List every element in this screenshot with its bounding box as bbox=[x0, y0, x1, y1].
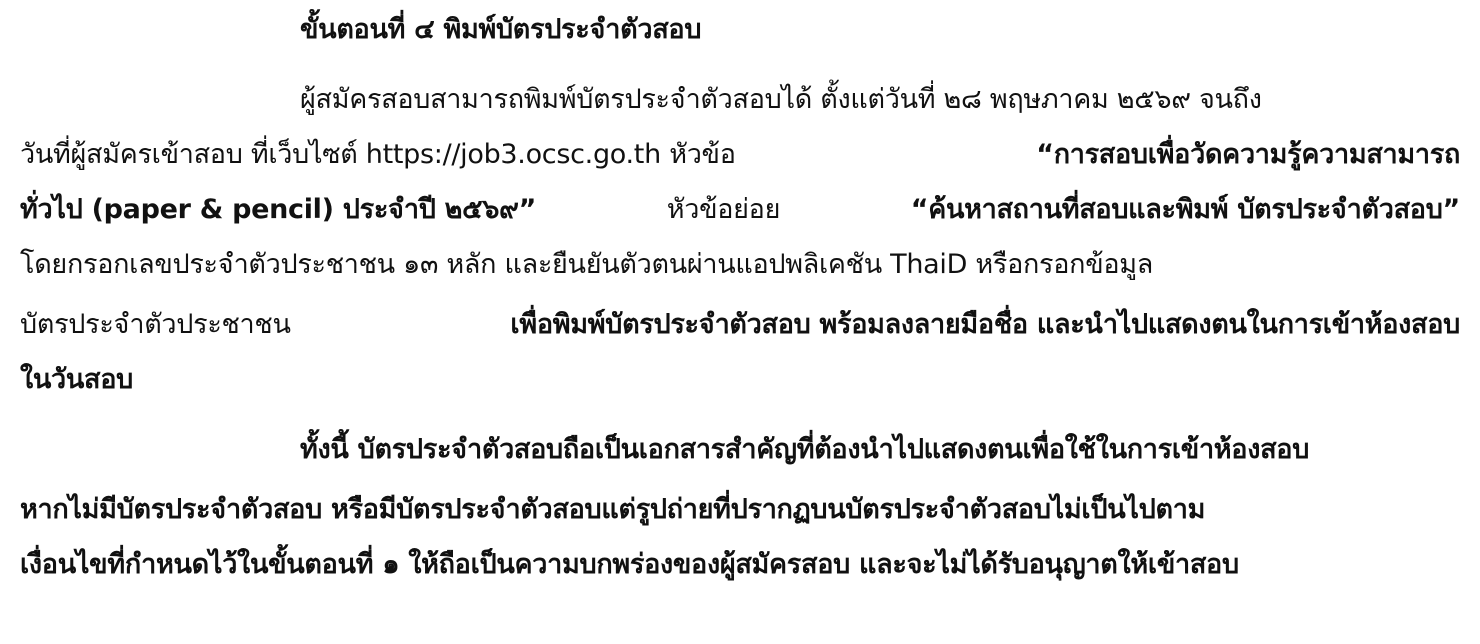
document-page: ขั้นตอนที่ ๔ พิมพ์บัตรประจำตัวสอบ ผู้สมั… bbox=[0, 0, 1480, 644]
paragraph2-line3: เงื่อนไขที่กำหนดไว้ในขั้นตอนที่ ๑ ให้ถือ… bbox=[20, 545, 1460, 585]
section-heading: ขั้นตอนที่ ๔ พิมพ์บัตรประจำตัวสอบ bbox=[300, 10, 1460, 50]
paragraph1-line5: บัตรประจำตัวประชาชน เพื่อพิมพ์บัตรประจำต… bbox=[20, 305, 1460, 345]
paragraph1-line6: ในวันสอบ bbox=[20, 360, 1460, 400]
paragraph1-line2: วันที่ผู้สมัครเข้าสอบ ที่เว็บไซต์ https:… bbox=[20, 135, 1460, 175]
paragraph1-line3: ทั่วไป (paper & pencil) ประจำปี ๒๕๖๙” หั… bbox=[20, 190, 1460, 230]
paragraph1-line4: โดยกรอกเลขประจำตัวประชาชน ๑๓ หลัก และยืน… bbox=[20, 245, 1460, 285]
exam-topic-title-cont: ทั่วไป (paper & pencil) ประจำปี ๒๕๖๙” bbox=[20, 190, 536, 230]
paragraph2-line1: ทั้งนี้ บัตรประจำตัวสอบถือเป็นเอกสารสำคั… bbox=[300, 430, 1460, 470]
print-instruction: เพื่อพิมพ์บัตรประจำตัวสอบ พร้อมลงลายมือช… bbox=[510, 305, 1460, 345]
subtopic-title: “ค้นหาสถานที่สอบและพิมพ์ บัตรประจำตัวสอบ… bbox=[911, 190, 1460, 230]
exam-topic-title: “การสอบเพื่อวัดความรู้ความสามารถ bbox=[1036, 135, 1460, 175]
paragraph1-line2-text: วันที่ผู้สมัครเข้าสอบ ที่เว็บไซต์ https:… bbox=[20, 135, 736, 175]
paragraph2-line2: หากไม่มีบัตรประจำตัวสอบ หรือมีบัตรประจำต… bbox=[20, 490, 1460, 530]
paragraph1-line1: ผู้สมัครสอบสามารถพิมพ์บัตรประจำตัวสอบได้… bbox=[300, 80, 1460, 120]
subtopic-label: หัวข้อย่อย bbox=[667, 190, 780, 230]
paragraph1-line5-text: บัตรประจำตัวประชาชน bbox=[20, 305, 291, 345]
